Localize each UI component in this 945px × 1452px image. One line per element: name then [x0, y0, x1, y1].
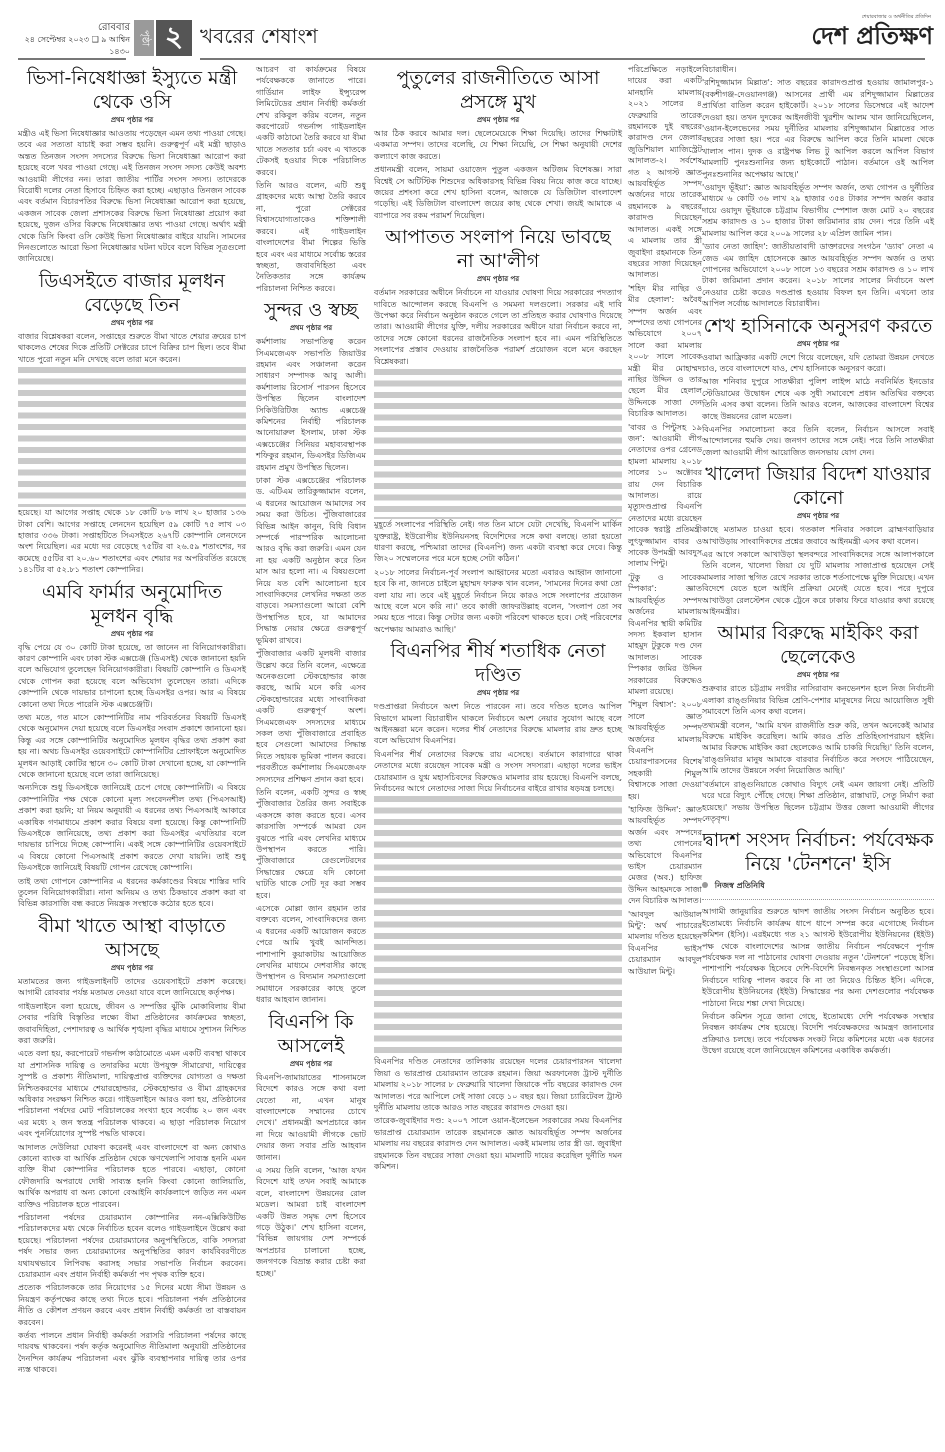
continued-label: প্রথম পৃষ্ঠার পর — [18, 114, 246, 126]
story-follow-sheikh-hasina: শেখ হাসিনাকে অনুসরণ করতে প্রথম পৃষ্ঠার প… — [702, 314, 934, 459]
continued-label: প্রথম পৃষ্ঠার পর — [256, 322, 366, 334]
story-paragraph: মন্ত্রীও এই ভিসা নিষেধাজ্ঞার আওতায় পড়ে… — [18, 128, 246, 265]
story-paragraph: বিচারাধীন। — [702, 64, 934, 75]
story-paragraph: 'রশিদুজ্জামান মিল্লাত': সাত বছরের কারাদণ… — [702, 77, 934, 180]
story-paragraph: ঢাকা স্টক এক্সচেঞ্জের পরিচালক ড. এটিএম ত… — [256, 475, 366, 646]
story-headline: বিএনপির শীর্ষ শতাধিক নেতা দণ্ডিত — [374, 639, 622, 687]
text-continuation — [374, 369, 622, 519]
story-headline: দ্বাদশ সংসদ নির্বাচন: পর্যবেক্ষক নিয়ে '… — [702, 828, 934, 876]
story-paragraph: প্রধানমন্ত্রী বলেন, সায়মা ওয়াজেদ পুতুল… — [374, 164, 622, 221]
story-putul-politics: পুতুলের রাজনীতিতে আসা প্রসঙ্গে মুখ প্রথম… — [374, 66, 622, 221]
story-bnp-leaders-sentenced: বিএনপির শীর্ষ শতাধিক নেতা দণ্ডিত প্রথম প… — [374, 639, 622, 1172]
story-headline: শেখ হাসিনাকে অনুসরণ করতে — [702, 314, 934, 338]
story-headline: এমবি ফার্মার অনুমোদিত মূলধন বৃদ্ধি — [18, 580, 246, 628]
story-paragraph: এতে বলা হয়, করপোরেট গভর্নান্স কাঠামোতে … — [18, 1048, 246, 1139]
story-paragraph: আগামী জানুয়ারির শুরুতে দ্বাদশ জাতীয় সং… — [702, 906, 934, 1009]
page-label: পৃষ্ঠা — [134, 20, 154, 56]
story-paragraph: প্রত্যেক পরিচালককে তার নিয়োগের ১৫ দিনের… — [18, 1282, 246, 1328]
story-paragraph: শুক্রবার রাতে চট্টগ্রাম নগরীর নাসিরাবাদ … — [702, 683, 934, 717]
story-paragraph: 'শিমুল বিশ্বাস': ২০০৮ সালে জ্ঞাত আয়বহির… — [628, 699, 702, 802]
issue-date-text: ২৪ সেপ্টেম্বর ২০২৩ ❑ ৯ আশ্বিন ১৪৩০ — [10, 34, 130, 58]
story-paragraph: হয়েছে। যা আগের সপ্তাহ থেকে ১৮ কোটি ৮৬ ল… — [18, 507, 246, 575]
story-visa-ban: ভিসা-নিষেধাজ্ঞা ইস্যুতে মন্ত্রী থেকে ওসি… — [18, 66, 246, 265]
story-paragraph: 'আবদুল আউয়াল মিন্টু': অর্থ পাচারের মামল… — [628, 909, 702, 977]
story-al-dialogue: আপাতত সংলাপ নিয়ে ভাবছে না আ'লীগ প্রথম প… — [374, 225, 622, 635]
story-paragraph: বাজার বিশ্লেষকরা বলেন, সপ্তাহের শুরুতে ব… — [18, 331, 246, 365]
story-headline: বিএনপি কি আসলেই — [256, 1010, 366, 1058]
story-paragraph: 'ওয়াদুদ ভূঁইয়া': জ্ঞাত আয়বহির্ভূত সম্… — [702, 182, 934, 239]
story-paragraph: 'বাবর ও পিন্টুসহ ১৯ জন': আওয়ামী লীগ নেত… — [628, 422, 702, 570]
section-title: খবরের শেষাংশ — [200, 22, 318, 55]
story-headline: ভিসা-নিষেধাজ্ঞা ইস্যুতে মন্ত্রী থেকে ওসি — [18, 66, 246, 114]
story-paragraph: এ সময় তিনি বলেন, 'আজ যখন বিদেশে যাই তখন… — [256, 1165, 366, 1279]
story-paragraph: এসেকে মোল্লা জান রহমান তার বক্তব্যে বলেন… — [256, 903, 366, 1006]
column-2: আচরণ বা কার্যক্রমের বিষয়ে পর্যবেক্ষককে … — [256, 64, 366, 1283]
continued-label: প্রথম পৃষ্ঠার পর — [18, 317, 246, 329]
continued-label: প্রথম পৃষ্ঠার পর — [702, 669, 934, 681]
story-paragraph: পুঁজিবাজার একটি মূলধনী বাজার উল্লেখ করে … — [256, 648, 366, 785]
divider — [18, 58, 126, 60]
bullet-icon — [702, 882, 708, 888]
text-continuation — [18, 367, 246, 507]
text-continuation — [374, 796, 622, 1056]
story-insurance-trust: বীমা খাতে আস্থা বাড়াতে আসছে প্রথম পৃষ্ঠ… — [18, 914, 246, 1376]
story-bnp-leaders-cont: পরিপ্রেক্ষিতে নড়াইলে দায়ের করা একটি মা… — [628, 64, 702, 977]
column-5: বিচারাধীন। 'রশিদুজ্জামান মিল্লাত': সাত ব… — [702, 64, 934, 1061]
story-paragraph: 'টুকু ও সাবেক স্পিকার': জ্ঞাত আয়বহির্ভূ… — [628, 572, 702, 697]
story-headline: ডিএসইতে বাজার মূলধন বেড়েছে তিন — [18, 269, 246, 317]
story-headline: আপাতত সংলাপ নিয়ে ভাবছে না আ'লীগ — [374, 225, 622, 273]
continued-label: প্রথম পৃষ্ঠার পর — [374, 687, 622, 699]
story-paragraph: বিএনপির সমালোচনা করে তিনি বলেন, নির্বাচন… — [702, 424, 934, 458]
brand-logo: দেশ প্রতিক্ষণ — [811, 18, 933, 58]
story-ec-observers: দ্বাদশ সংসদ নির্বাচন: পর্যবেক্ষক নিয়ে '… — [702, 828, 934, 1056]
continued-label: প্রথম পৃষ্ঠার পর — [256, 1058, 366, 1070]
column-1: ভিসা-নিষেধাজ্ঞা ইস্যুতে মন্ত্রী থেকে ওসি… — [18, 64, 246, 1380]
story-paragraph: বিএনপির শীর্ষ নেতাদের বিরুদ্ধে রায় এসেছ… — [374, 749, 622, 795]
continued-label: প্রথম পৃষ্ঠার পর — [702, 510, 934, 522]
story-paragraph: 'বর্তমানে রাঙ্গুনিয়াতে কোথাও বিদ্যুৎ নে… — [702, 779, 934, 825]
story-bnp-leaders-cont-2: বিচারাধীন। 'রশিদুজ্জামান মিল্লাত': সাত ব… — [702, 64, 934, 310]
story-paragraph: তারেক-জুবাইদার দণ্ড: ২০০৭ সালে ওয়ান-ইলে… — [374, 1115, 622, 1172]
story-paragraph: কর্মশালায় সভাপতিত্ব করেন সিএমজেএফ সভাপত… — [256, 336, 366, 473]
story-miking-boy: আমার বিরুদ্ধে মাইকিং করা ছেলেকেও প্রথম প… — [702, 621, 934, 824]
story-khaleda-abroad: খালেদা জিয়ার বিদেশ যাওয়ার কোনো প্রথম প… — [702, 462, 934, 617]
story-headline: আমার বিরুদ্ধে মাইকিং করা ছেলেকেও — [702, 621, 934, 669]
story-paragraph: বর্তমান সরকারের অধীনে নির্বাচনে না যাওয়… — [374, 287, 622, 367]
story-paragraph: আজ শনিবার দুপুরে সাতক্ষীরা পুলিশ লাইন্স … — [702, 376, 934, 422]
continued-label: প্রথম পৃষ্ঠার পর — [18, 628, 246, 640]
story-paragraph: বিএনপির দণ্ডিত নেতাদের তালিকায় রয়েছেন … — [374, 1056, 622, 1113]
story-mb-pharma: এমবি ফার্মার অনুমোদিত মূলধন বৃদ্ধি প্রথম… — [18, 580, 246, 910]
story-paragraph: তথ্যমন্ত্রী বলেন, 'আমি যখন রাজনীতি শুরু … — [702, 720, 934, 777]
continued-label: প্রথম পৃষ্ঠার পর — [374, 273, 622, 285]
story-insurance-cont: আচরণ বা কার্যক্রমের বিষয়ে পর্যবেক্ষককে … — [256, 64, 366, 294]
story-paragraph: তিনি বলেন, একটি সুন্দর ও স্বচ্ছ পুঁজিবাজ… — [256, 787, 366, 901]
story-paragraph: আদালত দেউলিয়া ঘোষণা করেনই এবং বাংলাদেশে… — [18, 1142, 246, 1210]
issue-date: রোববার ২৪ সেপ্টেম্বর ২০২৩ ❑ ৯ আশ্বিন ১৪৩… — [10, 22, 130, 58]
page-number: ২ — [156, 20, 192, 56]
story-bnp-really: বিএনপি কি আসলেই প্রথম পৃষ্ঠার পর বিএনপি-… — [256, 1010, 366, 1279]
story-paragraph: পরিচালনা পর্ষদের চেয়ারম্যান কোম্পানির ন… — [18, 1212, 246, 1280]
story-paragraph: মতামতের জন্য গাইডলাইনটি তাদের ওয়েবসাইটে… — [18, 976, 246, 999]
story-beautiful-transparent: সুন্দর ও স্বচ্ছ প্রথম পৃষ্ঠার পর কর্মশাল… — [256, 298, 366, 1006]
story-headline: পুতুলের রাজনীতিতে আসা প্রসঙ্গে মুখ — [374, 66, 622, 114]
story-dse-market-cap: ডিএসইতে বাজার মূলধন বেড়েছে তিন প্রথম পৃ… — [18, 269, 246, 576]
byline: নিজস্ব প্রতিনিধি — [702, 880, 934, 900]
story-headline: বীমা খাতে আস্থা বাড়াতে আসছে — [18, 914, 246, 962]
column-3: পুতুলের রাজনীতিতে আসা প্রসঙ্গে মুখ প্রথম… — [374, 64, 622, 1176]
continued-label: প্রথম পৃষ্ঠার পর — [702, 338, 934, 350]
story-paragraph: নির্বাচন কমিশন সূত্রে জানা গেছে, ইতোমধ্য… — [702, 1011, 934, 1057]
story-paragraph: তিনি আরও বলেন, এটি শুধু গ্রাহকদের মধ্যে … — [256, 180, 366, 294]
story-paragraph: আর ঠিক করবে আমার দল। ছেলেমেয়েকে শিক্ষা … — [374, 128, 622, 162]
story-paragraph: 'হাফিজ উদ্দিন': জ্ঞাত আয়বহির্ভূত সম্পদ … — [628, 804, 702, 907]
story-headline: খালেদা জিয়ার বিদেশ যাওয়ার কোনো — [702, 462, 934, 510]
issue-day: রোববার — [10, 22, 130, 34]
story-paragraph: আচরণ বা কার্যক্রমের বিষয়ে পর্যবেক্ষককে … — [256, 64, 366, 178]
byline-text: নিজস্ব প্রতিনিধি — [715, 881, 765, 890]
story-paragraph: ২০১৮ সালের নির্বাচন-পূর্ব সংলাপ আহ্বানের… — [374, 567, 622, 635]
story-paragraph: বিএনপি-জামায়াতের শাসনামলে বিদেশে কারও স… — [256, 1072, 366, 1163]
story-paragraph: কর্তব্য পালনে প্রধান নির্বাহী কর্মকর্তা … — [18, 1330, 246, 1376]
column-4: পরিপ্রেক্ষিতে নড়াইলে দায়ের করা একটি মা… — [628, 64, 702, 981]
story-paragraph: গাইডলাইনে বলা হয়েছে, জীবন ও সম্পত্তির ঝ… — [18, 1001, 246, 1047]
story-paragraph: এর আগে সকালে আখাউড়া স্থলবন্দরে সাংবাদিক… — [702, 549, 934, 617]
masthead: রোববার ২৪ সেপ্টেম্বর ২০২৩ ❑ ৯ আশ্বিন ১৪৩… — [0, 0, 945, 60]
story-paragraph: 'ড্যাব নেতা জাহিদ': জাতীয়তাবাদী ডাক্তার… — [702, 241, 934, 309]
story-paragraph: তথ্য মতে, গত মাসে কোম্পানিটির নাম পরিবর্… — [18, 712, 246, 780]
story-paragraph: দণ্ডপ্রাপ্তরা নির্বাচনে অংশ নিতে পারবেন … — [374, 701, 622, 747]
story-paragraph: কাছে মতামত চাওয়া হবে। গতকাল শনিবার সকাল… — [702, 524, 934, 547]
story-paragraph: 'শহিদ মীর নাছির ও মীর হেলাল': অবৈধ সম্পদ… — [628, 283, 702, 420]
divider — [200, 58, 925, 60]
continued-label: প্রথম পৃষ্ঠার পর — [374, 114, 622, 126]
story-paragraph: অন্যদিকে শুধু ডিএসইকে জানিয়েই চেপে গেছে… — [18, 782, 246, 873]
story-paragraph: বৃদ্ধি পেয়ে যে ৩০ কোটি টাকা হয়েছে, তা … — [18, 642, 246, 710]
continued-label: প্রথম পৃষ্ঠার পর — [18, 962, 246, 974]
story-paragraph: তাই তথ্য গোপনে কোম্পানির এ ধরনের কর্মকাণ… — [18, 876, 246, 910]
story-paragraph: মুহূর্তে সংলাপের পরিস্থিতি নেই। গত তিন ম… — [374, 519, 622, 565]
story-paragraph: পরিপ্রেক্ষিতে নড়াইলে দায়ের করা একটি মা… — [628, 64, 702, 281]
story-paragraph: ওবামা আফ্রিকার একটি দেশে গিয়ে বলেছেন, য… — [702, 352, 934, 375]
story-headline: সুন্দর ও স্বচ্ছ — [256, 298, 366, 322]
